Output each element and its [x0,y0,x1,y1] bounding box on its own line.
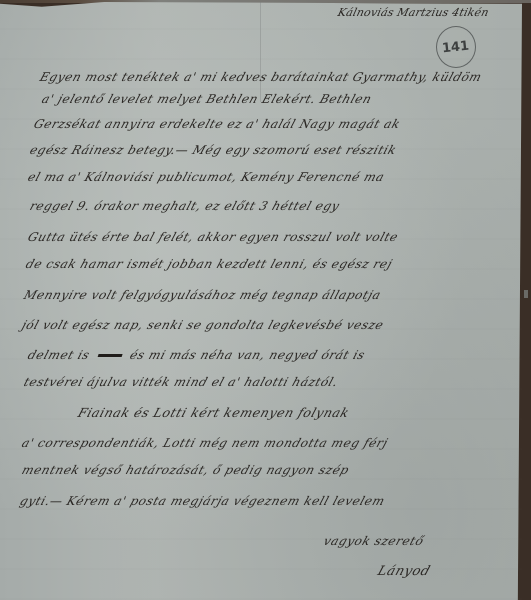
letter-line-11-start: delmet is [26,348,92,362]
letter-line-14: a' correspondentiák, Lotti még nem mondo… [20,436,390,450]
paper-edge-mark [524,290,528,298]
letter-line-16: gyti.— Kérem a' posta megjárja végeznem … [18,494,387,508]
letter-closing: vagyok szerető [322,534,426,548]
letter-line-4: egész Ráinesz betegy.— Még egy szomorú e… [28,143,399,157]
letter-body: Egyen most tenéktek a' mi kedves barátai… [0,0,522,600]
letter-signature: Lányod [376,564,433,579]
letter-line-2: a' jelentő levelet melyet Bethlen Elekér… [40,92,374,106]
letter-line-8: de csak hamar ismét jobban kezdett lenni… [24,257,394,271]
letter-line-13: Fiainak és Lotti kért kemenyen folynak [76,405,351,420]
letter-line-9: Mennyire volt felgyógyulásához még tegna… [22,288,383,302]
strikethrough-mark [97,354,122,357]
letter-line-3: Gerzsékat annyira erdekelte ez a' halál … [32,117,402,131]
letter-line-12: testvérei ájulva vitték mind el a' halot… [22,375,340,389]
letter-line-1: Egyen most tenéktek a' mi kedves barátai… [38,70,484,84]
letter-line-6: reggel 9. órakor meghalt, ez előtt 3 hét… [28,199,342,213]
document-photo: Kálnoviás Martzius 4tikén 141 Egyen most… [0,0,531,600]
letter-line-7: Gutta ütés érte bal felét, akkor egyen r… [26,230,400,244]
letter-line-10: jól volt egész nap, senki se gondolta le… [20,318,386,332]
letter-line-11-end: és mi más néha van, negyed órát is [128,348,367,362]
letter-line-11: delmet is és mi más néha van, negyed órá… [26,348,367,362]
letter-line-5: el ma a' Kálnoviási publicumot, Kemény F… [26,170,386,184]
letter-line-15: mentnek végső határozását, ő pedig nagyo… [20,463,351,477]
